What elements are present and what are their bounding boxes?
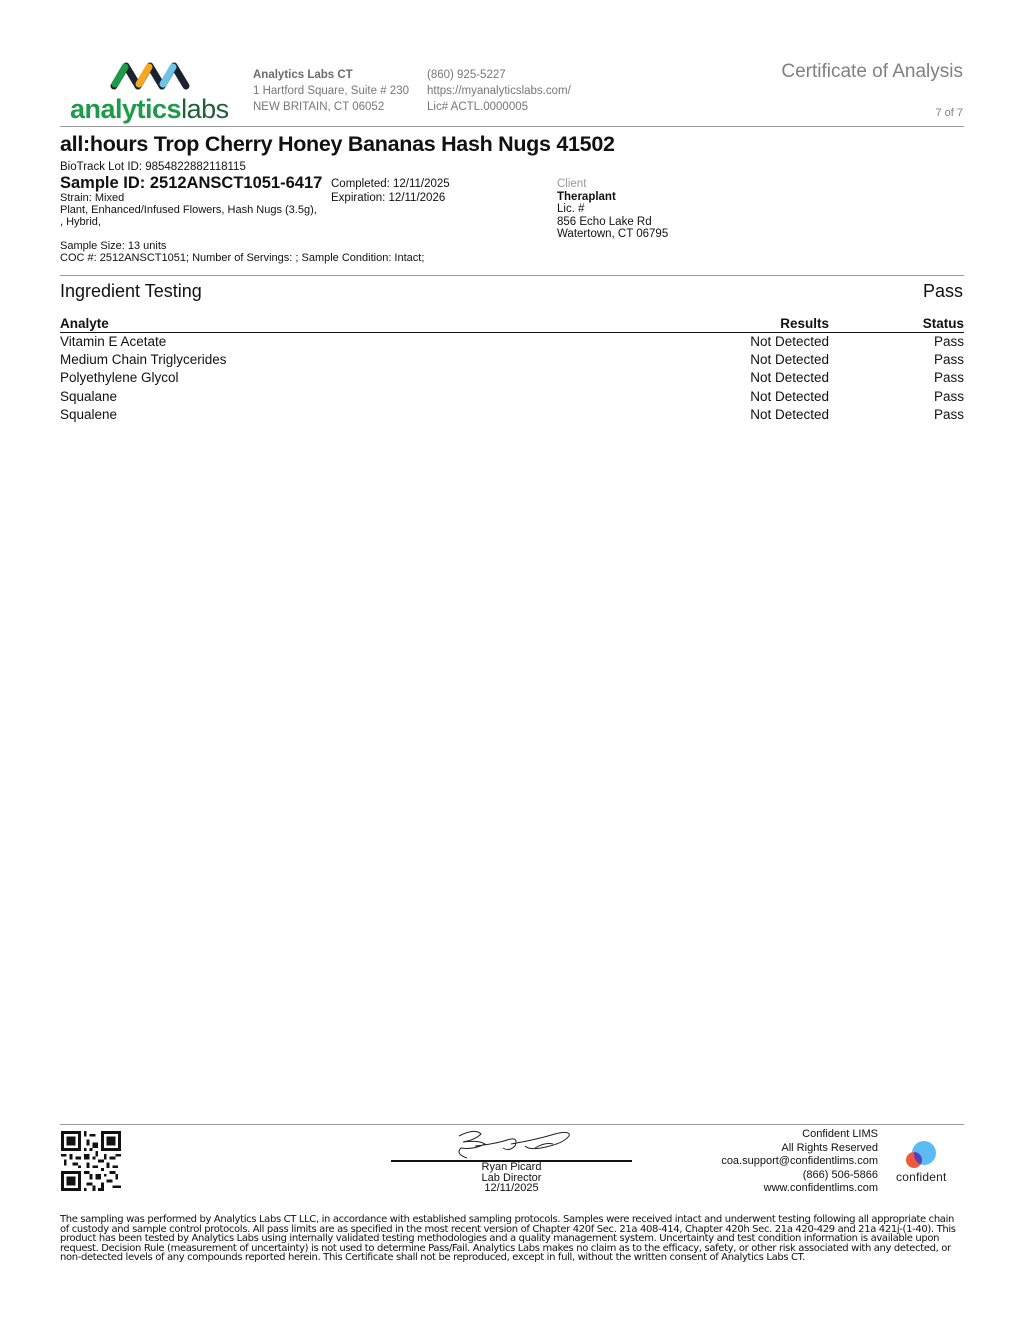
client-name: Theraplant [557,191,668,204]
logo-text-bold: analytics [70,94,181,124]
lab-name: Analytics Labs CT [253,67,409,83]
logo-text-light: labs [181,94,229,124]
column-status: Status [829,316,964,332]
product-category: Plant, Enhanced/Infused Flowers, Hash Nu… [60,204,317,216]
analyte-result: Not Detected [629,351,829,369]
product-title: all:hours Trop Cherry Honey Bananas Hash… [60,132,615,157]
analyte-status: Pass [829,333,964,351]
analyte-status: Pass [829,351,964,369]
client-license: Lic. # [557,203,668,216]
coc-info: COC #: 2512ANSCT1051; Number of Servings… [60,252,424,264]
lab-address-2: NEW BRITAIN, CT 06052 [253,99,409,115]
confident-wordmark: confident [896,1170,947,1184]
analyte-status: Pass [829,388,964,406]
client-block: Client Theraplant Lic. # 856 Echo Lake R… [557,178,668,241]
sample-dates: Completed: 12/11/2025 Expiration: 12/11/… [331,177,450,205]
analyte-result: Not Detected [629,388,829,406]
lab-info: Analytics Labs CT 1 Hartford Square, Sui… [253,67,409,115]
table-row: Polyethylene Glycol Not Detected Pass [60,369,964,387]
confident-logo: confident [896,1140,956,1188]
ingredient-table: Analyte Results Status Vitamin E Acetate… [60,316,964,424]
logo-wave-icon [108,58,198,94]
ingredient-testing-status: Pass [923,281,963,302]
ingredient-testing-title: Ingredient Testing [60,281,202,302]
table-row: Medium Chain Triglycerides Not Detected … [60,351,964,369]
analyte-status: Pass [829,406,964,424]
table-row: Vitamin E Acetate Not Detected Pass [60,333,964,351]
section-divider [60,275,964,276]
document-title: Certificate of Analysis [781,61,963,83]
product-type: , Hybrid, [60,216,317,228]
sample-size: Sample Size: 13 units [60,240,424,252]
table-row: Squalane Not Detected Pass [60,388,964,406]
confident-circles-icon [896,1140,956,1170]
lims-info: Confident LIMS All Rights Reserved coa.s… [721,1128,878,1196]
analyte-result: Not Detected [629,369,829,387]
lab-address-1: 1 Hartford Square, Suite # 230 [253,83,409,99]
logo-wordmark: analyticslabs [70,94,229,125]
lims-rights: All Rights Reserved [721,1142,878,1156]
table-row: Squalene Not Detected Pass [60,406,964,424]
analyte-name: Squalane [60,388,629,406]
lab-phone: (860) 925-5227 [427,67,571,83]
analyte-result: Not Detected [629,333,829,351]
client-address-2: Watertown, CT 06795 [557,228,668,241]
analyte-name: Vitamin E Acetate [60,333,629,351]
analyte-name: Squalene [60,406,629,424]
lab-license: Lic# ACTL.0000005 [427,99,571,115]
signature-image [445,1126,580,1162]
client-address-1: 856 Echo Lake Rd [557,216,668,229]
signer-block: Ryan Picard Lab Director 12/11/2025 [391,1162,632,1194]
client-label: Client [557,178,668,191]
lims-name: Confident LIMS [721,1128,878,1142]
expiration-date: Expiration: 12/11/2026 [331,191,450,205]
sample-meta: Sample Size: 13 units COC #: 2512ANSCT10… [60,240,424,264]
analytics-labs-logo: analyticslabs [70,58,235,130]
lab-website[interactable]: https://myanalyticslabs.com/ [427,83,571,99]
completed-date: Completed: 12/11/2025 [331,177,450,191]
footer-divider [60,1124,964,1125]
analyte-result: Not Detected [629,406,829,424]
sample-details: Strain: Mixed Plant, Enhanced/Infused Fl… [60,192,317,228]
signed-date: 12/11/2025 [391,1183,632,1194]
signer-name: Ryan Picard [391,1162,632,1173]
sample-id: Sample ID: 2512ANSCT1051-6417 [60,174,322,193]
column-results: Results [629,316,829,332]
analyte-name: Polyethylene Glycol [60,369,629,387]
lab-contact: (860) 925-5227 https://myanalyticslabs.c… [427,67,571,115]
strain: Strain: Mixed [60,192,317,204]
header-divider [60,126,964,127]
qr-code-icon[interactable] [61,1131,121,1191]
table-header: Analyte Results Status [60,316,964,333]
biotrack-lot-id: BioTrack Lot ID: 9854822882118115 [60,161,246,173]
analyte-name: Medium Chain Triglycerides [60,351,629,369]
lims-website[interactable]: www.confidentlims.com [721,1182,878,1196]
analyte-status: Pass [829,369,964,387]
lims-email[interactable]: coa.support@confidentlims.com [721,1155,878,1169]
disclaimer-text: The sampling was performed by Analytics … [60,1215,964,1263]
page-number: 7 of 7 [935,107,963,119]
column-analyte: Analyte [60,316,629,332]
lims-phone: (866) 506-5866 [721,1169,878,1183]
